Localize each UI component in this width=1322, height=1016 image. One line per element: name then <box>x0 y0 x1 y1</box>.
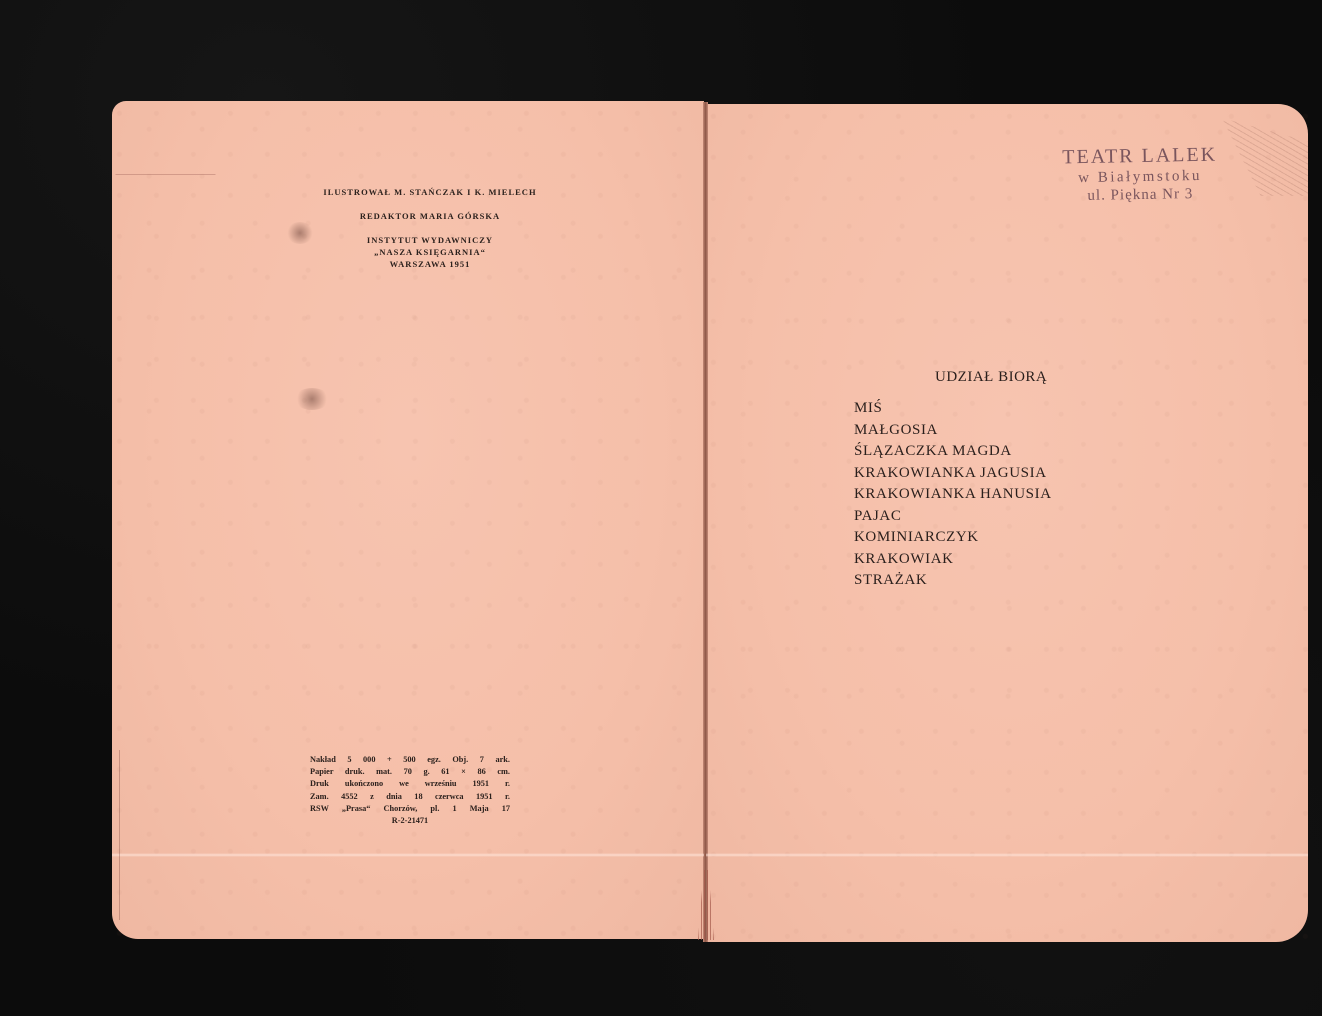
imprint-code: R-2-21471 <box>310 815 510 827</box>
imprint-line: Nakład 5 000 + 500 egz. Obj. 7 ark. <box>310 754 510 766</box>
book-spine <box>703 102 708 942</box>
publisher-imprint: „NASZA KSIĘGARNIA“ <box>300 246 560 258</box>
cast-member: STRAŻAK <box>854 570 1052 592</box>
cast-list: MIŚ MAŁGOSIA ŚLĄZACZKA MAGDA KRAKOWIANKA… <box>854 398 1052 592</box>
cast-member: PAJAC <box>854 506 1052 528</box>
cast-member: MAŁGOSIA <box>854 420 1052 442</box>
page-edge-line <box>119 750 120 920</box>
imprint-line: RSW „Prasa“ Chorzów, pl. 1 Maja 17 <box>310 803 510 815</box>
credits-block: ILUSTROWAŁ M. STAŃCZAK I K. MIELECH REDA… <box>300 186 560 270</box>
imprint-line: Druk ukończono we wrześniu 1951 r. <box>310 778 510 790</box>
publisher-place-year: WARSZAWA 1951 <box>300 258 560 270</box>
cast-member: KRAKOWIAK <box>854 549 1052 571</box>
imprint-line: Zam. 4552 z dnia 18 czerwca 1951 r. <box>310 791 510 803</box>
publisher-name: INSTYTUT WYDAWNICZY <box>300 234 560 246</box>
printing-imprint: Nakład 5 000 + 500 egz. Obj. 7 ark. Papi… <box>310 754 510 827</box>
cast-member: KRAKOWIANKA HANUSIA <box>854 484 1052 506</box>
stamp-title: TEATR LALEK <box>1039 142 1239 169</box>
page-crease-left <box>112 853 704 857</box>
page-crease-right <box>706 853 1308 857</box>
cast-member: MIŚ <box>854 398 1052 420</box>
theatre-stamp: TEATR LALEK w Białymstoku ul. Piękna Nr … <box>1039 142 1240 205</box>
cast-member: KRAKOWIANKA JAGUSIA <box>854 463 1052 485</box>
editor-credit: REDAKTOR MARIA GÓRSKA <box>300 210 560 222</box>
cast-member: KOMINIARCZYK <box>854 527 1052 549</box>
illustrators-credit: ILUSTROWAŁ M. STAŃCZAK I K. MIELECH <box>300 186 560 198</box>
stamp-address: ul. Piękna Nr 3 <box>1040 184 1240 205</box>
cast-member: ŚLĄZACZKA MAGDA <box>854 441 1052 463</box>
cast-heading: UDZIAŁ BIORĄ <box>935 369 1047 386</box>
imprint-line: Papier druk. mat. 70 g. 61 × 86 cm. <box>310 766 510 778</box>
ink-smudge <box>294 388 330 410</box>
